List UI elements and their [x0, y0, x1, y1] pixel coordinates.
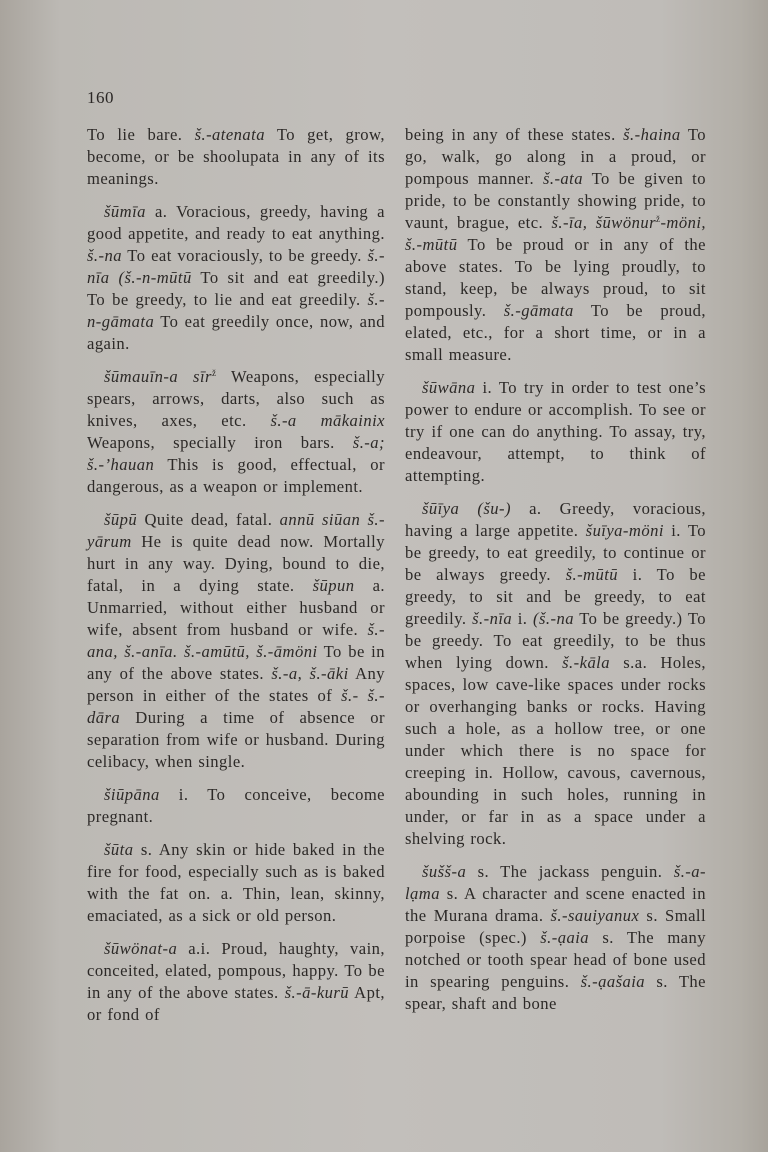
italic-term: š.-ata	[543, 169, 583, 188]
italic-term: š.-atenata	[195, 125, 265, 144]
dictionary-entry: šūpū Quite dead, fatal. annū siūan š.- y…	[87, 509, 385, 773]
italic-term: š.-a mā­kainix	[270, 411, 385, 430]
definition-text: During a time of absence or separation f…	[87, 708, 385, 771]
italic-term: šuī­ya-möni	[586, 521, 664, 540]
definition-text: s.a. Holes, spaces, low cave-like spaces…	[405, 653, 706, 848]
dictionary-page: 160 To lie bare. š.-atenata To get, grow…	[0, 0, 768, 1152]
headword: šūwāna	[422, 378, 475, 397]
dictionary-entry: šiūpāna i. To conceive, become pregnant.	[87, 784, 385, 828]
headword: šūmauīn-a sīr	[104, 367, 212, 386]
dictionary-entry: šūmauīn-a sīrž Weapons, especially spear…	[87, 366, 385, 498]
definition-text: Quite dead, fatal.	[137, 510, 280, 529]
italic-term: š.-īa, šūwönur	[551, 213, 656, 232]
definition-text: To eat voraciously, to be greedy.	[122, 246, 368, 265]
dictionary-entry: šūwāna i. To try in order to test one’s …	[405, 377, 706, 487]
definition-text: i.	[512, 609, 533, 628]
dictionary-entry: šūīya (šu-) a. Greedy, voracious, having…	[405, 498, 706, 850]
headword: šūta	[104, 840, 133, 859]
page-number: 160	[87, 88, 114, 108]
italic-term: š.-gā­mata	[504, 301, 574, 320]
italic-term: š.-nīa	[472, 609, 512, 628]
definition-text: To lie bare.	[87, 125, 195, 144]
dictionary-entry: šūta s. Any skin or hide baked in the fi…	[87, 839, 385, 927]
headword: šušš-a	[422, 862, 466, 881]
definition-text: s. The jackass penguin.	[466, 862, 674, 881]
dictionary-entry: šušš-a s. The jackass penguin. š.-a-lạma…	[405, 861, 706, 1015]
italic-term: š.-kāla	[562, 653, 610, 672]
italic-term: š.-ā-kurū	[285, 983, 349, 1002]
entry-continuation: being in any of these states. š.-haina T…	[405, 124, 706, 366]
headword: šūīya (šu-)	[422, 499, 511, 518]
italic-term: š.-sauiyanux	[551, 906, 640, 925]
italic-term: š.-mūtū	[566, 565, 618, 584]
italic-term: šūpun	[313, 576, 355, 595]
italic-term: (š.-na	[533, 609, 574, 628]
dictionary-entry: šūwönat-a a.i. Proud, haughty, vain, con…	[87, 938, 385, 1026]
italic-term: š.-ạaia	[540, 928, 589, 947]
dictionary-entry: šūmīa a. Voracious, greedy, having a goo…	[87, 201, 385, 355]
headword: šiūpāna	[104, 785, 160, 804]
headword: šūmīa	[104, 202, 146, 221]
italic-term: š.-ạaš­aia	[581, 972, 645, 991]
italic-term: š.-haina	[623, 125, 681, 144]
entry-continuation: To lie bare. š.-atenata To get, grow, be…	[87, 124, 385, 190]
right-column: being in any of these states. š.-haina T…	[405, 124, 706, 1026]
definition-text: Weapons, specially iron bars.	[87, 433, 353, 452]
headword: šūwönat-a	[104, 939, 177, 958]
italic-term: š.-na	[87, 246, 122, 265]
definition-text: being in any of these states.	[405, 125, 623, 144]
italic-term: š.-a, š.-āki	[271, 664, 348, 683]
headword: šūpū	[104, 510, 137, 529]
left-column: To lie bare. š.-atenata To get, grow, be…	[87, 124, 385, 1037]
